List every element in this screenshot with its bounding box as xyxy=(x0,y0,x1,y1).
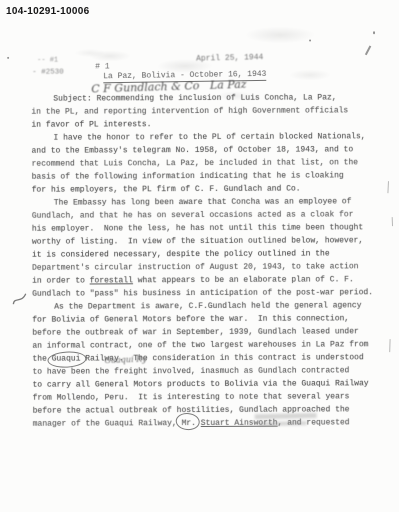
typed-line: in the PL, and reporting intervention of… xyxy=(31,104,373,118)
margin-stroke xyxy=(392,217,394,226)
margin-stroke xyxy=(387,181,389,193)
scanned-document-page: 104-10291-10006 -- #1 - #2530 # 1 April … xyxy=(0,0,399,512)
received-date-stamp: April 25, 1944 xyxy=(196,53,263,63)
page-number: # 1 xyxy=(95,62,109,71)
handwritten-freight-note: Guaqui Ry xyxy=(104,355,146,366)
typed-line: basis of the following information indic… xyxy=(32,169,374,183)
pencil-squiggle xyxy=(10,290,31,308)
pencil-tick-mark xyxy=(365,45,371,55)
scan-noise-dot xyxy=(7,57,9,59)
typed-line: manager of the Guaqui Railway, Mr. Stuar… xyxy=(33,416,375,430)
scan-content: -- #1 - #2530 # 1 April 25, 1944 La Paz,… xyxy=(0,0,399,512)
margin-mark: -- #1 xyxy=(37,57,58,65)
scan-noise-dot xyxy=(309,40,311,42)
scan-noise-dot xyxy=(373,31,375,34)
file-number: - #2530 xyxy=(32,69,64,77)
typed-body: Subject: Recommending the inclusion of L… xyxy=(31,91,374,430)
margin-stroke xyxy=(389,339,391,352)
